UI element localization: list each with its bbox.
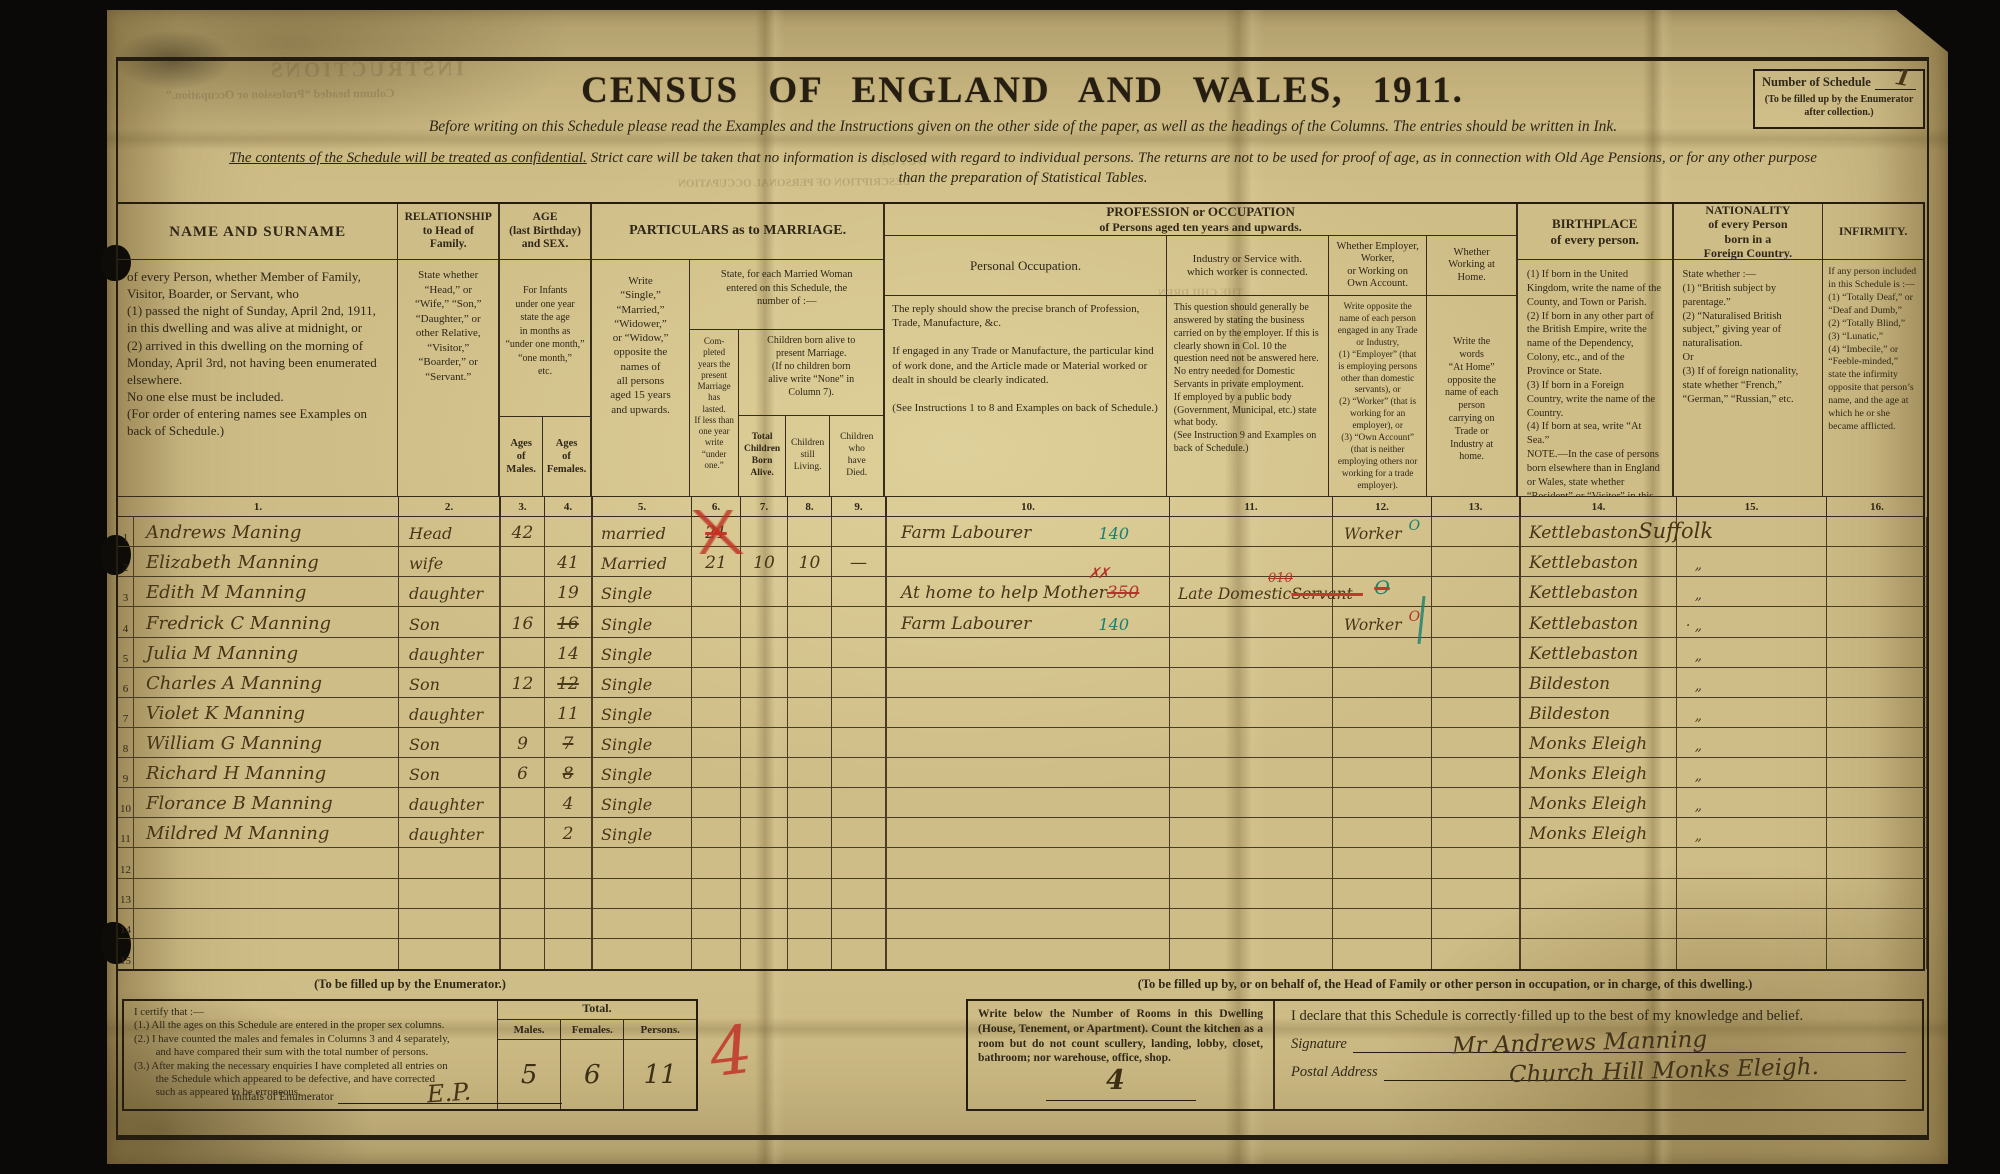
cell-born_alive [741,818,788,848]
handwriting-part: Kettlebaston [1529,553,1638,573]
table-row: 12 [118,848,1927,878]
cell-still_living [788,909,832,939]
working-at-home-column: Whether Working at Home. Write the words… [1427,236,1516,496]
cell-marital [593,909,692,939]
cell-age_m [501,547,545,577]
cell-marital: Single [593,698,692,728]
cell-relationship: Son [399,728,501,758]
cell-age_f: 4 [545,788,593,818]
cell-birthplace: Monks Eleigh„ [1521,728,1677,758]
handwriting-part: Monks Eleigh [1529,764,1647,784]
females-total-column: Females. 6 [561,1020,624,1109]
industry-column: Industry or Service with. which worker i… [1167,236,1329,496]
handwriting-part: 12 [557,674,579,694]
cell-born_alive [741,758,788,788]
cell-employer [1333,879,1432,909]
handwriting-part: Kettlebaston [1529,523,1638,543]
cell-marital: Single [593,607,692,637]
ages-of-females-header: Ages of Females. [543,417,590,496]
signature-label: Signature [1291,1036,1347,1053]
cell-num: 11 [118,818,134,848]
census-table: NAME AND SURNAME of every Person, whethe… [116,202,1925,971]
cell-age_m: 16 [501,607,545,637]
cell-at_home [1432,577,1521,607]
initials-rule: E.P. [338,1090,562,1104]
cell-years [692,728,741,758]
instructions-line: Before writing on this Schedule please r… [138,118,1908,136]
col-num-3: 3. [501,497,545,516]
birthplace-title: BIRTHPLACE of every person. [1518,204,1672,260]
handwriting-part: Farm Labourer [901,523,1031,543]
cell-died [832,788,887,818]
cell-marital: Single [593,638,692,668]
cell-died [832,818,887,848]
cell-died [832,728,887,758]
confidential-rest: Strict care will be taken that no inform… [587,150,1817,166]
cell-birthplace: Kettlebaston Suffolk [1521,517,1677,547]
cell-num: 10 [118,788,134,818]
handwriting-part: Kettlebaston [1529,583,1638,603]
relationship-body: State whether “Head,” or “Wife,” “Son,” … [398,260,498,496]
cell-years [692,607,741,637]
cell-birthplace: Bildeston„ [1521,698,1677,728]
cell-marital: Single [593,577,692,607]
cell-employer [1333,818,1432,848]
col-num-14: 14. [1521,497,1677,516]
cell-industry: Late Domestic Servant -010 [1170,577,1333,607]
table-row: 13 [118,879,1927,909]
confidential-line2: than the preparation of Statistical Tabl… [899,170,1148,186]
col-num-9: 9. [832,497,887,516]
cell-infirmity [1827,879,1927,909]
cell-still_living [788,577,832,607]
cell-still_living [788,698,832,728]
cell-nationality [1677,939,1827,969]
cell-birthplace [1521,939,1677,969]
cell-relationship [399,939,501,969]
handwriting-part: „ [1695,557,1702,573]
persons-total-value: 11 [624,1040,696,1109]
cell-age_f: 16 [545,607,593,637]
cell-years: 21 [692,517,741,547]
table-header: NAME AND SURNAME of every Person, whethe… [118,204,1923,497]
personal-occupation-column: Personal Occupation. The reply should sh… [885,236,1166,496]
handwriting-part: „ [1695,828,1702,844]
cell-marital [593,848,692,878]
working-at-home-body: Write the words “At Home” opposite the n… [1427,296,1516,496]
total-label: Total. [498,1001,696,1020]
cell-age_m [501,848,545,878]
table-row: 9Richard H ManningSon68SingleMonks Eleig… [118,758,1927,788]
cell-age_f: 41 [545,547,593,577]
industry-label: Industry or Service with. which worker i… [1167,236,1328,296]
cell-born_alive [741,848,788,878]
column-header-relationship: RELATIONSHIP to Head of Family. State wh… [398,204,500,496]
cell-years [692,909,741,939]
col-num-1: 1. [118,497,399,516]
birthplace-body: (1) If born in the United Kingdom, write… [1518,260,1672,496]
rooms-instructions: Write below the Number of Rooms in this … [978,1007,1263,1064]
cell-infirmity [1827,848,1927,878]
cell-born_alive [741,728,788,758]
cell-occupation: At home to help Mother✗✗ 350 [887,577,1170,607]
cell-industry [1170,728,1333,758]
cell-industry [1170,547,1333,577]
cell-age_f: 2 [545,818,593,848]
schedule-number-rule: 1 [1875,89,1916,90]
employer-worker-label: Whether Employer, Worker, or Working on … [1329,236,1426,296]
table-row: 1Andrews ManingHead42married21Farm Labou… [118,517,1927,547]
column-header-infirmity: INFIRMITY. If any person included in thi… [1823,204,1923,496]
cell-infirmity [1827,517,1927,547]
col-num-2: 2. [399,497,501,516]
cell-born_alive [741,698,788,728]
cell-died [832,939,887,969]
rooms-rule [1046,1100,1196,1101]
handwriting-part: 8 [563,764,574,784]
cell-employer [1333,547,1432,577]
table-row: 14 [118,909,1927,939]
cell-age_m [501,698,545,728]
table-row: 11Mildred M Manningdaughter2SingleMonks … [118,818,1927,848]
cell-marital: Single [593,788,692,818]
cell-relationship: Son [399,668,501,698]
females-label: Females. [561,1020,623,1040]
cell-occupation: Farm Labourer140 [887,607,1170,637]
cell-industry [1170,788,1333,818]
column-header-nationality: NATIONALITY of every Person born in a Fo… [1674,204,1824,496]
initials-label: Initials of Enumerator [232,1090,334,1104]
cell-industry [1170,909,1333,939]
cell-infirmity [1827,728,1927,758]
confidential-underlined: The contents of the Schedule will be tre… [229,150,587,166]
rooms-panel: Write below the Number of Rooms in this … [968,1001,1275,1109]
cell-num: 13 [118,879,134,909]
col-num-4: 4. [545,497,593,516]
cell-num: 14 [118,909,134,939]
cell-industry [1170,939,1333,969]
cell-born_alive [741,607,788,637]
col-num-10: 10. [887,497,1170,516]
handwriting-part: 140 [1098,615,1129,634]
cell-employer [1333,848,1432,878]
cell-employer [1333,758,1432,788]
cell-born_alive [741,939,788,969]
ages-of-males-header: Ages of Males. [500,417,543,496]
cell-num: 7 [118,698,134,728]
cell-occupation [887,848,1170,878]
cell-at_home [1432,668,1521,698]
cell-name [134,939,399,969]
cell-age_f [545,939,593,969]
census-scan-page: { "page": {"backdrop": "#0a0908", "paper… [0,0,2000,1174]
cell-occupation [887,698,1170,728]
name-body: of every Person, whether Member of Famil… [118,260,397,496]
cell-num: 5 [118,638,134,668]
cell-age_m: 9 [501,728,545,758]
cell-name: Edith M Manning [134,577,399,607]
cell-infirmity [1827,939,1927,969]
cell-relationship: daughter [399,577,501,607]
cell-age_m [501,577,545,607]
cell-marital: married [593,517,692,547]
cell-occupation [887,818,1170,848]
cell-infirmity [1827,698,1927,728]
marital-condition-header: Write “Single,” “Married,” “Widower,” or… [592,260,690,496]
handwriting-part: Farm Labourer [901,614,1031,634]
cell-industry [1170,668,1333,698]
cell-birthplace [1521,848,1677,878]
cell-age_m: 6 [501,758,545,788]
table-row: 2Elizabeth Manningwife41Married211010—Ke… [118,547,1927,577]
females-total-value: 6 [561,1040,623,1109]
cell-age_f: 7 [545,728,593,758]
cell-name [134,909,399,939]
cell-occupation [887,939,1170,969]
signature-value: Mr Andrews Manning [1452,1027,1708,1060]
handwriting-part: Bildeston [1529,674,1610,694]
cell-died [832,758,887,788]
col-num-6: 6. [692,497,741,516]
handwriting-part: At home to help Mother [901,583,1107,603]
schedule-number-box: Number of Schedule 1 (To be filled up by… [1753,69,1925,129]
males-label: Males. [498,1020,560,1040]
table-row: 4Fredrick C ManningSon1616SingleFarm Lab… [118,607,1927,637]
census-paper-sheet: INSTRUCTIONS Column headed “Profession o… [107,10,1948,1164]
cell-marital [593,939,692,969]
cell-still_living [788,939,832,969]
cell-employer: WorkerO [1333,607,1432,637]
cell-relationship: Son [399,607,501,637]
handwriting-part: Monks Eleigh [1529,734,1647,754]
cell-employer [1333,728,1432,758]
rooms-value: 4 [1106,1064,1125,1099]
col-num-16: 16. [1827,497,1927,516]
cell-num: 2 [118,547,134,577]
cell-at_home [1432,939,1521,969]
cell-name: Charles A Manning [134,668,399,698]
cell-age_f [545,517,593,547]
cell-industry [1170,698,1333,728]
cell-num: 3 [118,577,134,607]
cell-at_home [1432,698,1521,728]
cell-years [692,698,741,728]
cell-name [134,848,399,878]
cell-nationality [1677,909,1827,939]
cell-years [692,879,741,909]
cell-died [832,517,887,547]
cell-years [692,788,741,818]
cell-age_m [501,638,545,668]
column-header-birthplace: BIRTHPLACE of every person. (1) If born … [1518,204,1674,496]
cell-relationship: Son [399,758,501,788]
cell-birthplace: Bildeston„ [1521,668,1677,698]
table-row: 5Julia M Manningdaughter14SingleKettleba… [118,638,1927,668]
cell-years [692,848,741,878]
handwriting-part: Worker [1344,616,1402,634]
cell-at_home [1432,788,1521,818]
cell-died [832,848,887,878]
handwriting-part: ✗✗ [1088,564,1107,582]
cell-birthplace [1521,879,1677,909]
cell-marital [593,879,692,909]
cell-born_alive [741,668,788,698]
handwriting-part: „ [1695,587,1702,603]
col-num-7: 7. [741,497,788,516]
handwriting-part: Late Domestic [1178,585,1291,603]
cell-birthplace: Kettlebaston„ [1521,577,1677,607]
cell-employer [1333,698,1432,728]
cell-at_home [1432,848,1521,878]
cell-num: 8 [118,728,134,758]
cell-years [692,638,741,668]
cell-at_home [1432,818,1521,848]
employer-worker-column: Whether Employer, Worker, or Working on … [1329,236,1427,496]
cell-birthplace: Monks Eleigh„ [1521,788,1677,818]
cell-age_m [501,879,545,909]
employer-worker-body: Write opposite the name of each person e… [1329,296,1426,496]
cell-age_m [501,788,545,818]
cell-occupation [887,638,1170,668]
handwriting-part: „ [1695,738,1702,754]
cell-infirmity [1827,577,1927,607]
profession-group-title: PROFESSION or OCCUPATION [1106,204,1295,220]
table-row: 3Edith M Manningdaughter19SingleAt home … [118,577,1927,607]
cell-died [832,577,887,607]
cell-infirmity [1827,668,1927,698]
industry-body: This question should generally be answer… [1167,296,1328,496]
cell-at_home [1432,547,1521,577]
handwriting-part: „ [1695,678,1702,694]
cell-industry [1170,758,1333,788]
table-row: 8William G ManningSon97SingleMonks Eleig… [118,728,1927,758]
cell-years: 21 [692,547,741,577]
postal-address-value: Church Hill Monks Eleigh. [1509,1054,1819,1088]
cell-employer [1333,909,1432,939]
cell-name: Mildred M Manning [134,818,399,848]
cell-age_f: 11 [545,698,593,728]
torn-corner [1895,9,1949,53]
cell-marital: Single [593,758,692,788]
cell-marital: Single [593,818,692,848]
working-at-home-label: Whether Working at Home. [1427,236,1516,296]
cell-died: — [832,547,887,577]
cell-still_living [788,848,832,878]
cell-age_f: 8 [545,758,593,788]
cell-num: 12 [118,848,134,878]
cell-died [832,879,887,909]
table-row: 10Florance B Manningdaughter4SingleMonks… [118,788,1927,818]
cell-marital: Married [593,547,692,577]
cell-birthplace [1521,909,1677,939]
cell-still_living [788,607,832,637]
cell-age_m [501,909,545,939]
column-header-name: NAME AND SURNAME of every Person, whethe… [118,204,398,496]
cell-occupation [887,758,1170,788]
cell-num: 15 [118,939,134,969]
column-number-row: 1. 2. 3. 4. 5. 6. 7. 8. 9. 10. 11. 12. 1… [118,497,1923,517]
handwriting-part: · „ [1686,618,1702,634]
years-married-header: Com- pleted years the present Marriage h… [690,330,739,496]
handwriting-part: Worker [1344,525,1402,543]
cell-name: William G Manning [134,728,399,758]
cell-num: 1 [118,517,134,547]
cell-born_alive: 10 [741,547,788,577]
enumerator-box: I certify that :— (1.) All the ages on t… [122,999,698,1111]
cell-born_alive [741,909,788,939]
handwriting-part: 21 [705,523,727,543]
cell-years [692,668,741,698]
table-row: 15 [118,939,1927,969]
cell-relationship: Head [399,517,501,547]
cell-at_home [1432,607,1521,637]
cell-relationship: daughter [399,788,501,818]
children-living-header: Children still Living. [786,416,830,496]
cell-name: Richard H Manning [134,758,399,788]
cell-name: Julia M Manning [134,638,399,668]
cell-employer [1333,668,1432,698]
col-num-11: 11. [1170,497,1333,516]
form-frame: INSTRUCTIONS Column headed “Profession o… [116,57,1929,1140]
cell-born_alive [741,577,788,607]
cell-industry [1170,848,1333,878]
handwriting-part: O [1374,577,1390,599]
cell-industry [1170,607,1333,637]
cell-at_home [1432,728,1521,758]
handwriting-part: Kettlebaston [1529,644,1638,664]
handwriting-part: 16 [557,614,579,634]
cell-still_living [788,788,832,818]
col-num-5: 5. [593,497,692,516]
cell-employer [1333,939,1432,969]
cell-nationality [1677,848,1827,878]
cell-age_m [501,939,545,969]
cell-infirmity [1827,758,1927,788]
enumerator-initials-value: E.P. [426,1078,472,1111]
cell-industry [1170,517,1333,547]
cell-birthplace: Kettlebaston· „ [1521,607,1677,637]
name-title: NAME AND SURNAME [118,204,397,260]
cell-still_living: 10 [788,547,832,577]
cell-relationship [399,879,501,909]
cell-relationship: daughter [399,818,501,848]
schedule-number-note: (To be filled up by the Enumerator after… [1762,94,1916,119]
handwriting-part: „ [1695,768,1702,784]
cell-born_alive [741,788,788,818]
handwriting-part: Bildeston [1529,704,1610,724]
cell-age_m: 42 [501,517,545,547]
cell-years [692,818,741,848]
column-header-age: AGE (last Birthday) and SEX. For Infants… [500,204,592,496]
cell-still_living [788,818,832,848]
cell-age_f [545,848,593,878]
cell-years [692,758,741,788]
cell-still_living [788,879,832,909]
handwriting-part: „ [1695,648,1702,664]
cell-age_m [501,818,545,848]
cell-birthplace: Kettlebaston„ [1521,638,1677,668]
cell-employer [1333,788,1432,818]
declaration-panel: I declare that this Schedule is correctl… [1275,1001,1922,1109]
cell-relationship [399,848,501,878]
handwriting-part: „ [1695,708,1702,724]
cell-marital: Single [593,728,692,758]
cell-name [134,879,399,909]
cell-born_alive [741,879,788,909]
cell-name: Fredrick C Manning [134,607,399,637]
infirmity-title: INFIRMITY. [1823,204,1923,260]
children-died-header: Children who have Died. [830,416,883,496]
